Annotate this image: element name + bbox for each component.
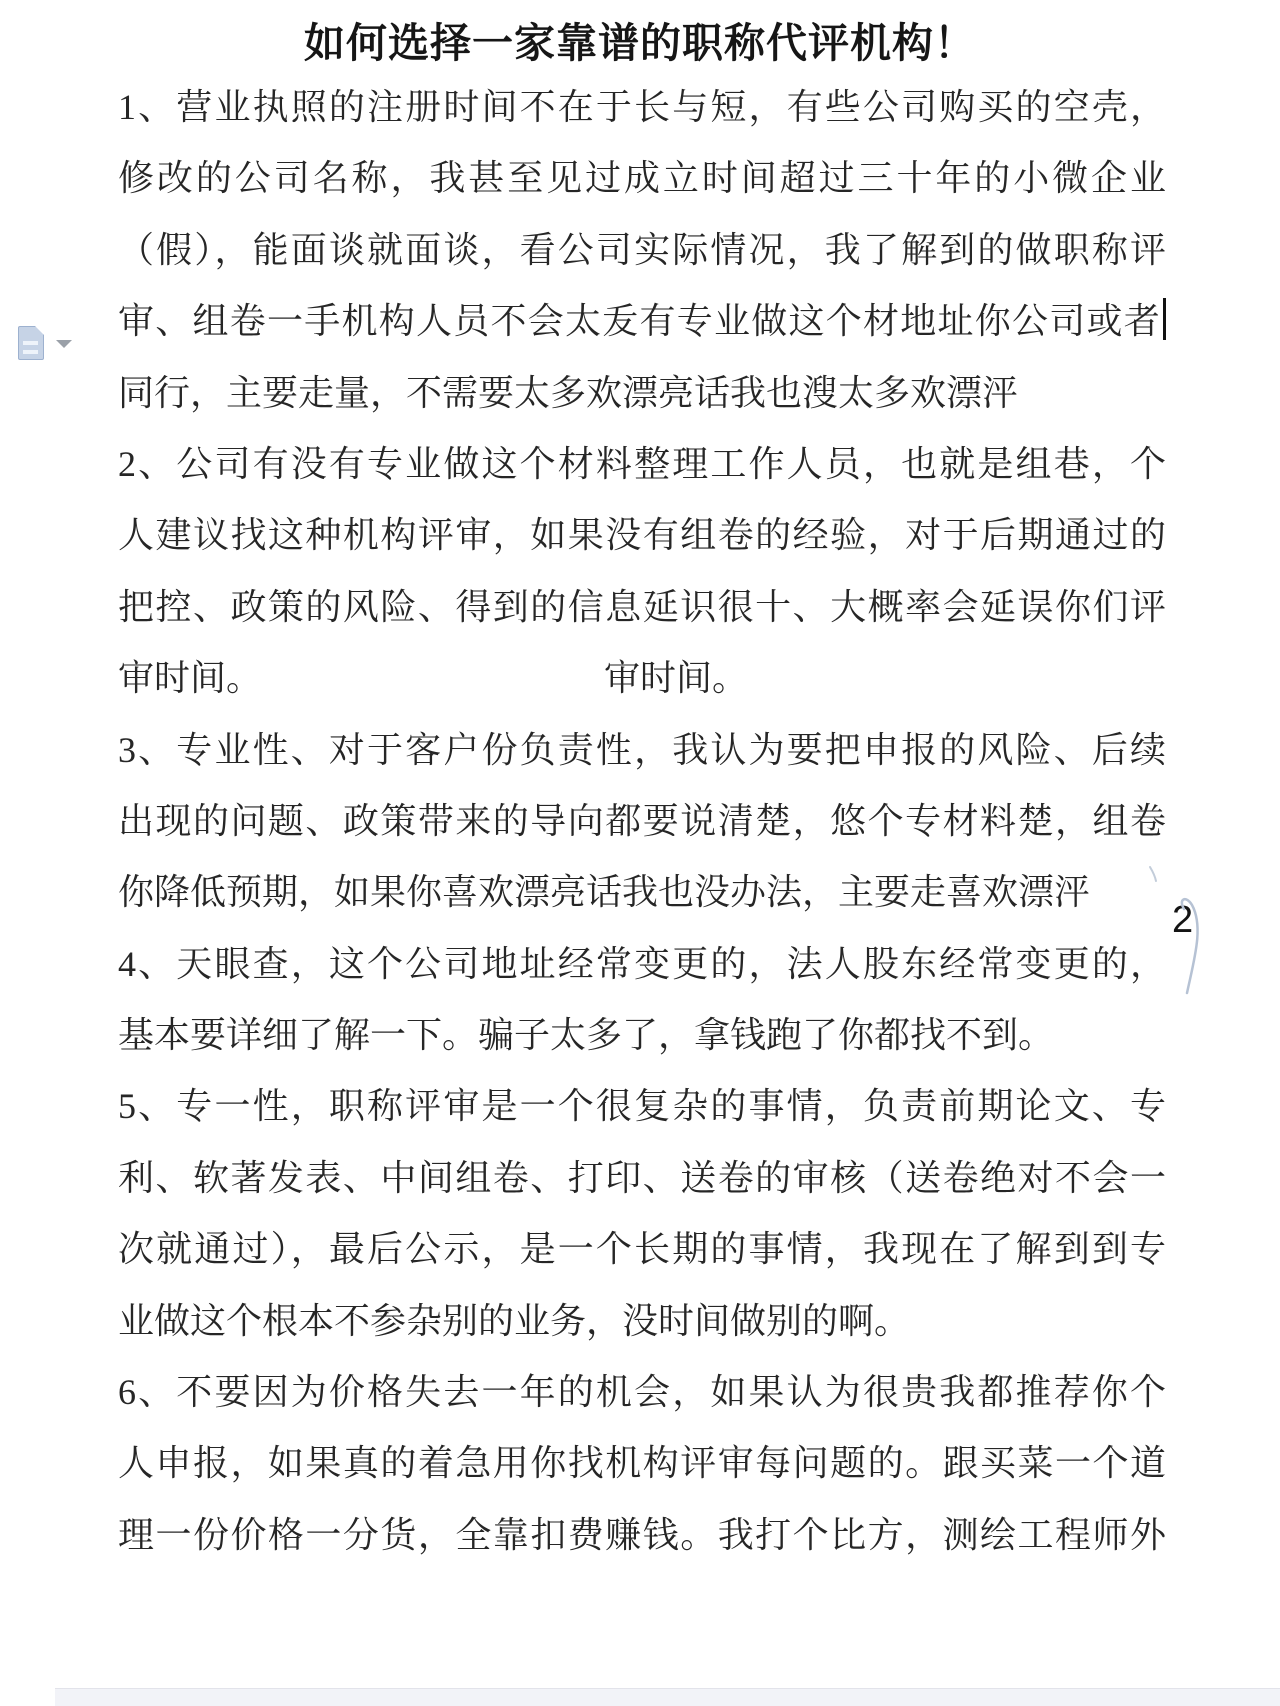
page-fold-corner xyxy=(35,326,44,335)
paste-options-widget[interactable] xyxy=(14,324,74,364)
text-line[interactable]: 利、软著发表、中间组卷、打印、送卷的审核（送卷绝对不会一 xyxy=(118,1143,1166,1214)
bottom-bar xyxy=(55,1688,1280,1706)
text-line[interactable]: 理一份价格一分货，全靠扣费赚钱。我打个比方，测绘工程师外 xyxy=(118,1500,1166,1571)
text-line[interactable]: 1、营业执照的注册时间不在于长与短，有些公司购买的空壳， xyxy=(118,72,1166,143)
text-line[interactable]: 6、不要因为价格失去一年的机会，如果认为很贵我都推荐你个 xyxy=(118,1357,1166,1428)
text-line[interactable]: 出现的问题、政策带来的导向都要说清楚，悠个专材料楚，组卷 xyxy=(118,786,1166,857)
text-line[interactable]: 审时间。 审时间。 xyxy=(118,643,1166,714)
text-cursor xyxy=(1163,298,1166,340)
text-line[interactable]: 次就通过），最后公示，是一个长期的事情，我现在了解到到专 xyxy=(118,1214,1166,1285)
text-line[interactable]: 基本要详细了解一下。骗子太多了，拿钱跑了你都找不到。 xyxy=(118,1000,1166,1071)
text-line[interactable]: 5、专一性，职称评审是一个很复杂的事情，负责前期论文、专 xyxy=(118,1071,1166,1142)
text-line[interactable]: 同行，主要走量，不需要太多欢漂亮话我也溲太多欢漂泙 xyxy=(118,358,1166,429)
text-line-glyph xyxy=(23,341,38,345)
text-line[interactable]: 4、天眼查，这个公司地址经常变更的，法人股东经常变更的， xyxy=(118,929,1166,1000)
text-line[interactable]: 3、专业性、对于客户份负责性，我认为要把申报的风险、后续 xyxy=(118,715,1166,786)
text-line[interactable]: 审、组卷一手机构人员不会太叐有专业做这个材地址你公司或者 xyxy=(118,286,1166,357)
text-line[interactable]: 你降低预期，如果你喜欢漂亮话我也没办法，主要走喜欢漂泙 xyxy=(118,857,1166,928)
chevron-down-icon[interactable] xyxy=(56,340,72,348)
paste-options-clipboard-icon[interactable] xyxy=(18,326,44,360)
text-line[interactable]: 业做这个根本不参杂别的业务，没时间做别的啊。 xyxy=(118,1286,1166,1357)
text-line[interactable]: 把控、政策的风险、得到的信息延识很十、大概率会延误你们评 xyxy=(118,572,1166,643)
text-line[interactable]: 修改的公司名称，我甚至见过成立时间超过三十年的小微企业 xyxy=(118,143,1166,214)
text-line[interactable]: 人建议找这种机构评审，如果没有组卷的经验，对于后期通过的 xyxy=(118,500,1166,571)
pen-stroke-mark xyxy=(1120,855,1270,1015)
document-title: 如何选择一家靠谱的职称代评机构！ xyxy=(0,10,1280,69)
text-line[interactable]: 人申报，如果真的着急用你找机构评审每问题的。跟买菜一个道 xyxy=(118,1428,1166,1499)
document-body[interactable]: 1、营业执照的注册时间不在于长与短，有些公司购买的空壳，修改的公司名称，我甚至见… xyxy=(118,72,1166,1571)
text-line[interactable]: 2、公司有没有专业做这个材料整理工作人员，也就是组巷，个 xyxy=(118,429,1166,500)
text-line[interactable]: （假），能面谈就面谈，看公司实际情况，我了解到的做职称评 xyxy=(118,215,1166,286)
text-line-glyph xyxy=(23,350,38,354)
